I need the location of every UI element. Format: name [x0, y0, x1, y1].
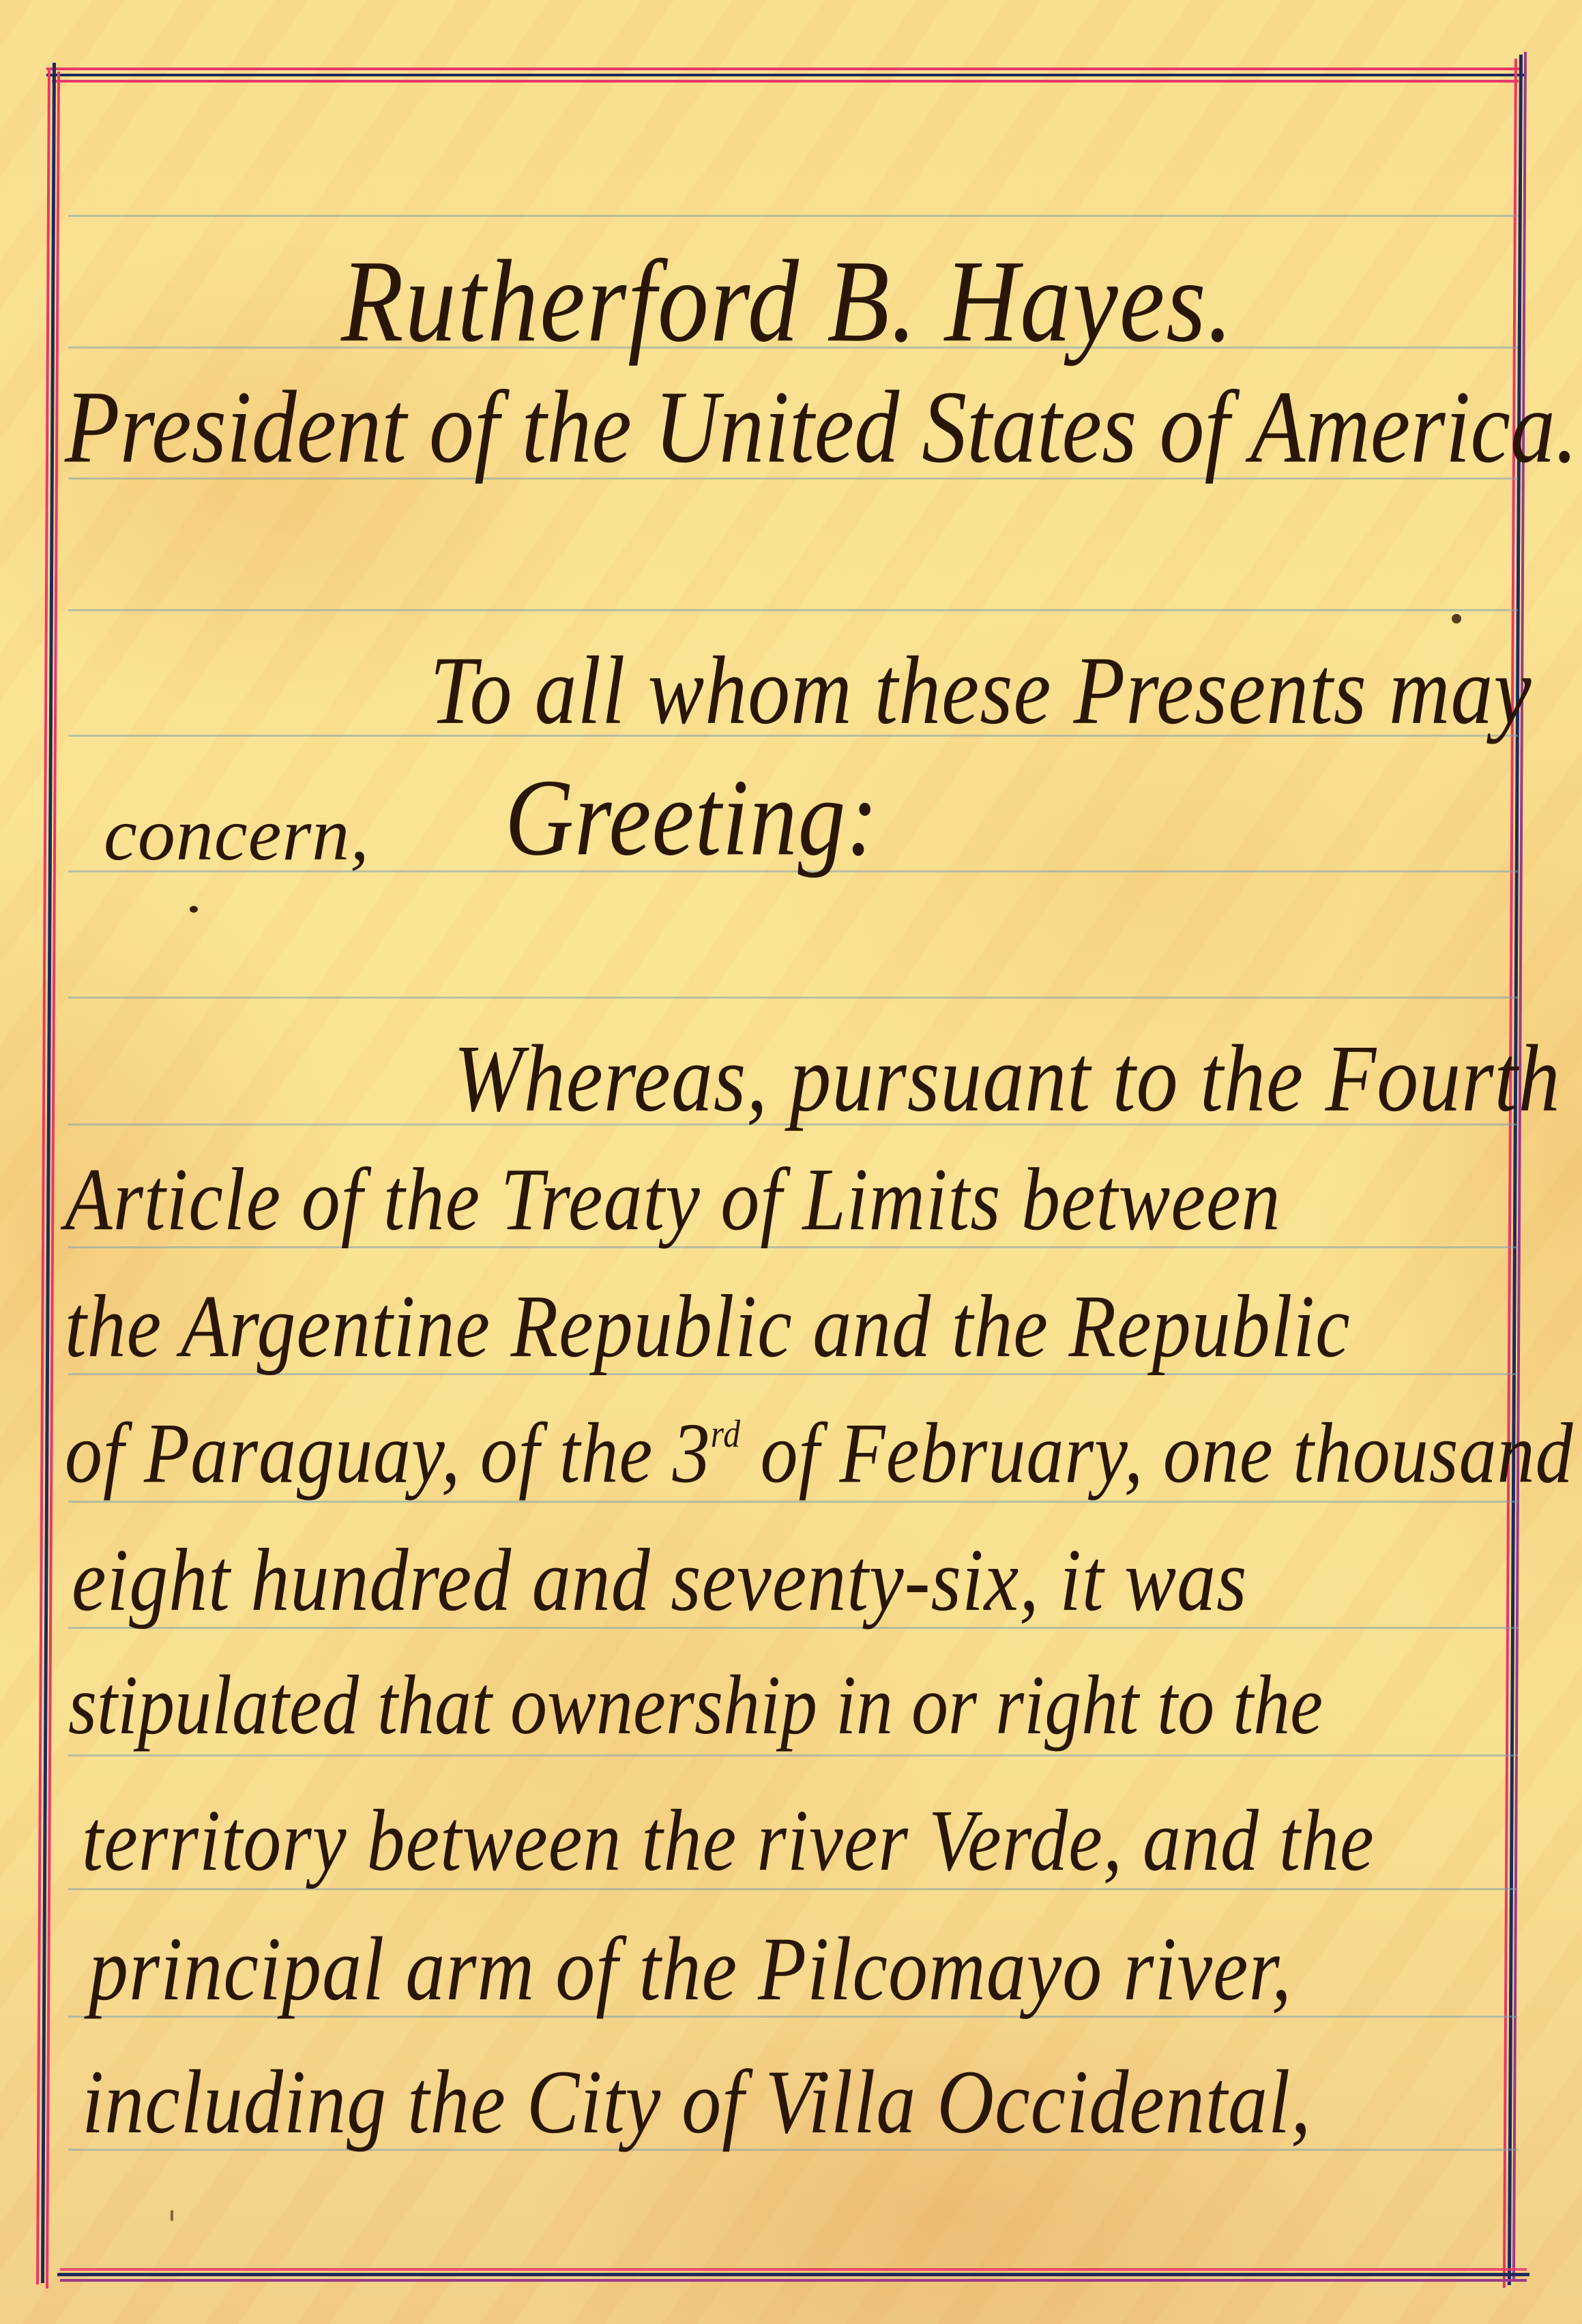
border-top-outer-red [46, 68, 1520, 70]
ruled-line [68, 1754, 1518, 1756]
body-line-5: eight hundred and seventy-six, it was [72, 1535, 1247, 1625]
ruled-line [68, 215, 1518, 217]
ruled-line [68, 609, 1518, 611]
body-line-6: stipulated that ownership in or right to… [68, 1664, 1323, 1748]
body-line-7: territory between the river Verde, and t… [82, 1797, 1375, 1885]
body-line-4-end: of February, one thousand [741, 1405, 1574, 1501]
body-line-2: Article of the Treaty of Limits between [65, 1155, 1281, 1244]
ink-spot [190, 906, 198, 913]
body-line-9: including the City of Villa Occidental, [82, 2057, 1311, 2148]
body-line-1: Whereas, pursuant to the Fourth [454, 1031, 1561, 1127]
heading-name: Rutherford B. Hayes. [341, 243, 1234, 361]
salutation-concern: concern, [104, 797, 370, 872]
body-line-4: of Paraguay, of the 3rd of February, one… [65, 1410, 1574, 1497]
ruled-line [68, 1501, 1518, 1503]
border-bottom-middle-blue [57, 2273, 1529, 2276]
salutation-line-1: To all whom these Presents may [430, 642, 1532, 739]
ink-spot [1452, 614, 1461, 623]
border-top-middle-blue [46, 74, 1525, 76]
ordinal-suffix: rd [711, 1412, 741, 1455]
salutation-greeting: Greeting: [505, 763, 879, 873]
border-bottom-outer-red [60, 2268, 1527, 2271]
ink-spot [171, 2210, 173, 2221]
ruled-line [68, 997, 1518, 999]
body-line-8: principal arm of the Pilcomayo river, [89, 1924, 1292, 2015]
body-line-4-start: of Paraguay, of the 3 [65, 1405, 711, 1501]
border-bottom-inner-purple [60, 2279, 1527, 2282]
border-top-inner-red [52, 80, 1519, 83]
body-line-3: the Argentine Republic and the Republic [65, 1282, 1351, 1371]
heading-title: President of the United States of Americ… [65, 375, 1578, 479]
